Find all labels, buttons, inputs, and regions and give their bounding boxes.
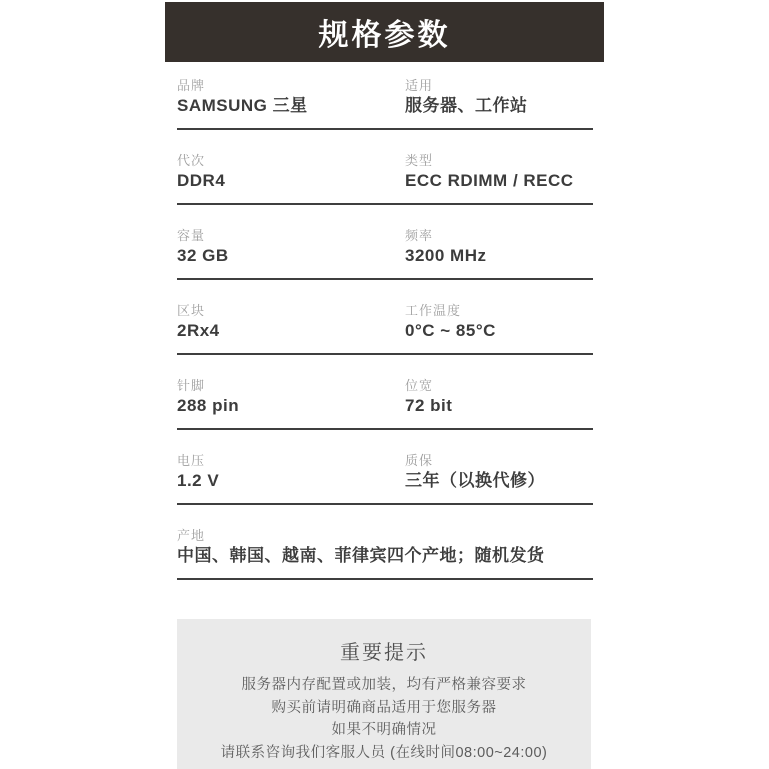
spec-cell-left: 电压 1.2 V [177,430,405,503]
spec-cell-right: 频率 3200 MHz [405,205,593,278]
spec-row: 电压 1.2 V 质保 三年（以换代修） [177,430,593,505]
spec-label: 电压 [177,452,405,470]
spec-cell-left: 代次 DDR4 [177,130,405,203]
spec-cell-left: 区块 2Rx4 [177,280,405,353]
spec-value: SAMSUNG 三星 [177,95,405,117]
spec-value: 72 bit [405,395,593,417]
notice-line: 请联系咨询我们客服人员 (在线时间08:00~24:00) [177,742,591,765]
spec-label: 代次 [177,152,405,170]
spec-value: ECC RDIMM / RECC [405,170,593,192]
spec-value: 0°C ~ 85°C [405,320,593,342]
spec-label: 产地 [177,527,593,545]
spec-row: 品牌 SAMSUNG 三星 适用 服务器、工作站 [177,62,593,130]
spec-header-bar: 规格参数 [165,2,604,62]
spec-label: 品牌 [177,77,405,95]
page-title: 规格参数 [319,10,451,54]
spec-value: 2Rx4 [177,320,405,342]
spec-cell-right: 适用 服务器、工作站 [405,62,593,128]
spec-label: 区块 [177,302,405,320]
spec-cell-left: 产地 中国、韩国、越南、菲律宾四个产地；随机发货 [177,505,593,578]
spec-label: 类型 [405,152,593,170]
notice-line: 服务器内存配置或加装，均有严格兼容要求 [177,674,591,697]
spec-value: 3200 MHz [405,245,593,267]
spec-cell-left: 容量 32 GB [177,205,405,278]
spec-cell-right: 质保 三年（以换代修） [405,430,593,503]
spec-cell-right: 工作温度 0°C ~ 85°C [405,280,593,353]
spec-label: 质保 [405,452,593,470]
notice-line: 购买前请明确商品适用于您服务器 [177,697,591,720]
notice-title: 重要提示 [177,636,591,665]
spec-table: 品牌 SAMSUNG 三星 适用 服务器、工作站 代次 DDR4 类型 ECC … [177,62,593,580]
notice-lines: 服务器内存配置或加装，均有严格兼容要求购买前请明确商品适用于您服务器如果不明确情… [177,674,591,764]
spec-value: 中国、韩国、越南、菲律宾四个产地；随机发货 [177,545,593,567]
notice-line: 如果不明确情况 [177,719,591,742]
spec-label: 针脚 [177,377,405,395]
spec-cell-right: 位宽 72 bit [405,355,593,428]
spec-cell-left: 品牌 SAMSUNG 三星 [177,62,405,128]
spec-label: 频率 [405,227,593,245]
important-notice-box: 重要提示 服务器内存配置或加装，均有严格兼容要求购买前请明确商品适用于您服务器如… [177,619,591,769]
spec-value: 32 GB [177,245,405,267]
spec-cell-left: 针脚 288 pin [177,355,405,428]
spec-cell-right: 类型 ECC RDIMM / RECC [405,130,593,203]
spec-label: 适用 [405,77,593,95]
spec-label: 工作温度 [405,302,593,320]
spec-value: 1.2 V [177,470,405,492]
spec-row: 代次 DDR4 类型 ECC RDIMM / RECC [177,130,593,205]
spec-value: 288 pin [177,395,405,417]
spec-row: 针脚 288 pin 位宽 72 bit [177,355,593,430]
spec-label: 位宽 [405,377,593,395]
spec-value: DDR4 [177,170,405,192]
spec-row: 产地 中国、韩国、越南、菲律宾四个产地；随机发货 [177,505,593,580]
spec-value: 服务器、工作站 [405,95,593,117]
spec-label: 容量 [177,227,405,245]
spec-row: 容量 32 GB 频率 3200 MHz [177,205,593,280]
spec-row: 区块 2Rx4 工作温度 0°C ~ 85°C [177,280,593,355]
spec-value: 三年（以换代修） [405,470,593,492]
